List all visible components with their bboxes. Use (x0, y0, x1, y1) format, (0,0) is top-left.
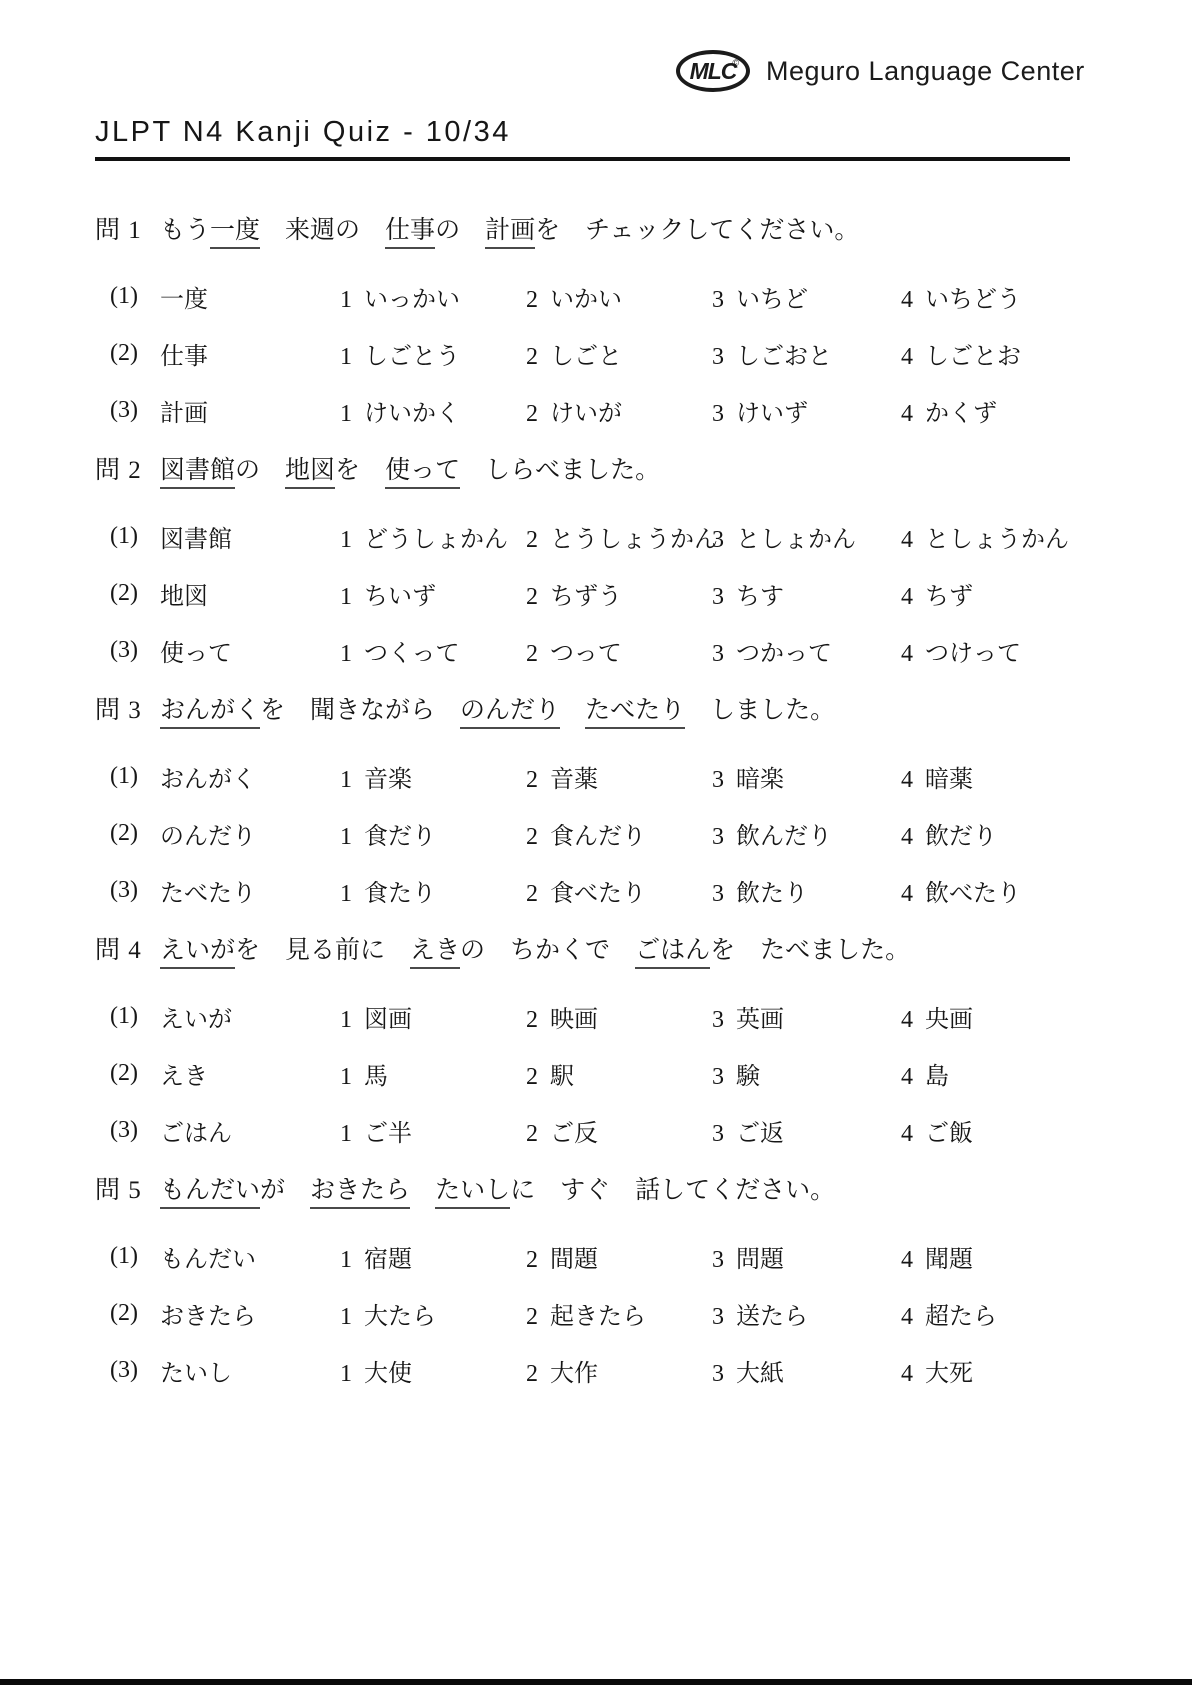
option-text: 図画 (364, 1007, 412, 1033)
item-word: おきたら (160, 1296, 340, 1331)
option-text: ご返 (736, 1121, 784, 1147)
answer-option: 3けいず (712, 393, 901, 428)
option-text: 央画 (925, 1007, 973, 1033)
option-number: 1 (340, 1304, 352, 1330)
question-sentence: 問 3おんがくを 聞きながら のんだり たべたり しました。 (95, 693, 1105, 729)
option-number: 2 (526, 881, 538, 907)
option-text: ちす (736, 584, 784, 610)
sentence-target-word: 計画 (485, 217, 535, 249)
option-text: つくって (364, 641, 460, 667)
answer-option: 1ご半 (340, 1113, 526, 1148)
sentence-target-word: たべたり (585, 697, 685, 729)
question-label: 問 4 (95, 933, 160, 969)
answer-option: 1宿題 (340, 1239, 526, 1274)
option-text: いちど (736, 287, 808, 313)
question-item-row: (3)使って1つくって2つって3つかって4つけって (95, 622, 1105, 679)
option-number: 4 (901, 287, 913, 313)
option-number: 4 (901, 584, 913, 610)
question-item-row: (3)計画1けいかく2けいが3けいず4かくず (95, 382, 1105, 439)
option-text: いかい (550, 287, 622, 313)
option-number: 4 (901, 401, 913, 427)
option-text: 宿題 (364, 1247, 412, 1273)
answer-option: 3飲んだり (712, 816, 901, 851)
option-number: 3 (712, 401, 724, 427)
option-number: 4 (901, 527, 913, 553)
item-number: (2) (110, 1060, 160, 1087)
answer-option: 4央画 (901, 999, 1105, 1034)
item-word: ごはん (160, 1113, 340, 1148)
option-text: 英画 (736, 1007, 784, 1033)
question-item-row: (2)おきたら1大たら2起きたら3送たら4超たら (95, 1285, 1105, 1342)
answer-option: 4飲べたり (901, 873, 1105, 908)
option-text: 映画 (550, 1007, 598, 1033)
sentence-text: を チェックしてください。 (535, 217, 859, 244)
answer-option: 4超たら (901, 1296, 1105, 1331)
option-number: 2 (526, 401, 538, 427)
answer-option: 1どうしょかん (340, 519, 526, 554)
sentence-target-word: 使って (385, 457, 460, 489)
option-number: 2 (526, 287, 538, 313)
answer-option: 1いっかい (340, 279, 526, 314)
option-number: 2 (526, 1361, 538, 1387)
option-text: つって (550, 641, 622, 667)
option-number: 1 (340, 1361, 352, 1387)
org-name: Meguro Language Center (766, 56, 1085, 87)
option-text: 音薬 (550, 767, 598, 793)
answer-option: 4大死 (901, 1353, 1105, 1388)
answer-option: 2食べたり (526, 873, 712, 908)
option-number: 3 (712, 881, 724, 907)
answer-option: 2間題 (526, 1239, 712, 1274)
answer-option: 1図画 (340, 999, 526, 1034)
option-number: 1 (340, 1007, 352, 1033)
item-word: 地図 (160, 576, 340, 611)
answer-option: 4しごとお (901, 336, 1105, 371)
option-number: 2 (526, 1247, 538, 1273)
option-text: 大たら (364, 1304, 436, 1330)
answer-option: 2ちずう (526, 576, 712, 611)
item-word: 一度 (160, 279, 340, 314)
answer-option: 4としょうかん (901, 519, 1105, 554)
option-number: 4 (901, 344, 913, 370)
answer-option: 3送たら (712, 1296, 901, 1331)
page-title: JLPT N4 Kanji Quiz - 10/34 (95, 116, 511, 149)
item-word: たべたり (160, 873, 340, 908)
item-word: えき (160, 1056, 340, 1091)
answer-option: 3つかって (712, 633, 901, 668)
question-sentence: 問 1もう一度 来週の 仕事の 計画を チェックしてください。 (95, 213, 1105, 249)
item-word: えいが (160, 999, 340, 1034)
sentence-target-word: おきたら (310, 1177, 410, 1209)
item-word: 計画 (160, 393, 340, 428)
option-number: 1 (340, 401, 352, 427)
option-text: ちず (925, 584, 973, 610)
option-number: 3 (712, 1007, 724, 1033)
item-number: (1) (110, 763, 160, 790)
sentence-text: しらべました。 (460, 457, 660, 484)
sentence-text: を 聞きながら (260, 697, 460, 724)
answer-option: 4いちどう (901, 279, 1105, 314)
option-number: 2 (526, 1064, 538, 1090)
answer-option: 2けいが (526, 393, 712, 428)
option-text: 島 (925, 1064, 949, 1090)
option-number: 4 (901, 1247, 913, 1273)
option-text: ちずう (550, 584, 622, 610)
option-number: 3 (712, 1064, 724, 1090)
option-text: 暗薬 (925, 767, 973, 793)
item-word: 仕事 (160, 336, 340, 371)
answer-option: 3英画 (712, 999, 901, 1034)
sentence-target-word: おんがく (160, 697, 260, 729)
question-block: 問 5もんだいが おきたら たいしに すぐ 話してください。(1)もんだい1宿題… (95, 1173, 1105, 1399)
question-block: 問 3おんがくを 聞きながら のんだり たべたり しました。(1)おんがく1音楽… (95, 693, 1105, 919)
question-sentence: 問 5もんだいが おきたら たいしに すぐ 話してください。 (95, 1173, 1105, 1209)
answer-option: 1しごとう (340, 336, 526, 371)
option-text: 間題 (550, 1247, 598, 1273)
option-text: どうしょかん (364, 527, 508, 553)
item-word: 図書館 (160, 519, 340, 554)
quiz-body: 問 1もう一度 来週の 仕事の 計画を チェックしてください。(1)一度1いっか… (95, 213, 1105, 1413)
option-number: 1 (340, 527, 352, 553)
item-number: (2) (110, 820, 160, 847)
option-number: 3 (712, 287, 724, 313)
option-number: 4 (901, 1304, 913, 1330)
item-number: (2) (110, 340, 160, 367)
option-number: 4 (901, 824, 913, 850)
option-text: ご飯 (925, 1121, 973, 1147)
option-text: しごとう (364, 344, 460, 370)
option-text: しごとお (925, 344, 1021, 370)
question-item-row: (2)仕事1しごとう2しごと3しごおと4しごとお (95, 325, 1105, 382)
answer-option: 2音薬 (526, 759, 712, 794)
question-label: 問 1 (95, 213, 160, 249)
question-sentence: 問 4えいがを 見る前に えきの ちかくで ごはんを たべました。 (95, 933, 1105, 969)
answer-option: 4島 (901, 1056, 1105, 1091)
option-number: 4 (901, 1064, 913, 1090)
option-number: 2 (526, 767, 538, 793)
option-number: 1 (340, 641, 352, 667)
option-number: 3 (712, 344, 724, 370)
answer-option: 2起きたら (526, 1296, 712, 1331)
question-block: 問 4えいがを 見る前に えきの ちかくで ごはんを たべました。(1)えいが1… (95, 933, 1105, 1159)
question-label: 問 2 (95, 453, 160, 489)
option-text: 聞題 (925, 1247, 973, 1273)
option-number: 1 (340, 287, 352, 313)
answer-option: 1つくって (340, 633, 526, 668)
option-text: 大紙 (736, 1361, 784, 1387)
answer-option: 3しごおと (712, 336, 901, 371)
option-number: 3 (712, 1247, 724, 1273)
option-number: 4 (901, 881, 913, 907)
sentence-text (560, 697, 585, 724)
sentence-text (410, 1177, 435, 1204)
sentence-text: もう (160, 217, 210, 244)
sentence-text: の (235, 457, 285, 484)
answer-option: 4飲だり (901, 816, 1105, 851)
question-sentence: 問 2図書館の 地図を 使って しらべました。 (95, 453, 1105, 489)
option-text: 験 (736, 1064, 760, 1090)
sentence-target-word: 図書館 (160, 457, 235, 489)
answer-option: 3大紙 (712, 1353, 901, 1388)
question-item-row: (3)たいし1大使2大作3大紙4大死 (95, 1342, 1105, 1399)
answer-option: 2いかい (526, 279, 712, 314)
option-text: ちいず (364, 584, 436, 610)
item-number: (1) (110, 523, 160, 550)
sentence-text: に すぐ 話してください。 (510, 1177, 835, 1204)
question-block: 問 2図書館の 地図を 使って しらべました。(1)図書館1どうしょかん2とうし… (95, 453, 1105, 679)
option-text: 食べたり (550, 881, 646, 907)
option-text: 音楽 (364, 767, 412, 793)
answer-option: 3暗楽 (712, 759, 901, 794)
option-text: つかって (736, 641, 832, 667)
question-item-row: (2)地図1ちいず2ちずう3ちす4ちず (95, 565, 1105, 622)
item-number: (3) (110, 1357, 160, 1384)
answer-option: 4ちず (901, 576, 1105, 611)
option-text: 問題 (736, 1247, 784, 1273)
option-number: 3 (712, 1121, 724, 1147)
answer-option: 4暗薬 (901, 759, 1105, 794)
sentence-target-word: えき (410, 937, 460, 969)
answer-option: 2しごと (526, 336, 712, 371)
sentence-target-word: 一度 (210, 217, 260, 249)
option-number: 3 (712, 824, 724, 850)
option-number: 2 (526, 641, 538, 667)
answer-option: 3飲たり (712, 873, 901, 908)
header: MLC © Meguro Language Center (676, 50, 1085, 92)
option-text: 大死 (925, 1361, 973, 1387)
option-number: 3 (712, 1304, 724, 1330)
option-text: けいが (550, 401, 622, 427)
option-text: 暗楽 (736, 767, 784, 793)
page-bottom-bar (0, 1679, 1192, 1685)
option-number: 4 (901, 641, 913, 667)
option-text: 食たり (364, 881, 436, 907)
option-number: 2 (526, 1304, 538, 1330)
question-item-row: (1)図書館1どうしょかん2とうしょうかん3としょかん4としょうかん (95, 508, 1105, 565)
item-number: (3) (110, 397, 160, 424)
option-text: 飲んだり (736, 824, 832, 850)
option-text: 飲たり (736, 881, 808, 907)
sentence-target-word: もんだい (160, 1177, 260, 1209)
question-label: 問 5 (95, 1173, 160, 1209)
item-word: 使って (160, 633, 340, 668)
answer-option: 3験 (712, 1056, 901, 1091)
sentence-target-word: 地図 (285, 457, 335, 489)
sentence-target-word: ごはん (635, 937, 710, 969)
sentence-text: しました。 (685, 697, 835, 724)
question-item-row: (1)えいが1図画2映画3英画4央画 (95, 988, 1105, 1045)
option-text: 大使 (364, 1361, 412, 1387)
option-number: 4 (901, 1361, 913, 1387)
option-text: いっかい (364, 287, 460, 313)
option-number: 2 (526, 824, 538, 850)
option-text: けいず (736, 401, 808, 427)
option-text: 大作 (550, 1361, 598, 1387)
option-number: 3 (712, 641, 724, 667)
answer-option: 3いちど (712, 279, 901, 314)
item-number: (3) (110, 877, 160, 904)
option-number: 3 (712, 584, 724, 610)
option-text: 送たら (736, 1304, 808, 1330)
item-word: たいし (160, 1353, 340, 1388)
sentence-target-word: たいし (435, 1177, 510, 1209)
answer-option: 1食たり (340, 873, 526, 908)
option-number: 2 (526, 1121, 538, 1147)
option-text: 食だり (364, 824, 436, 850)
option-number: 1 (340, 1121, 352, 1147)
sentence-target-word: 仕事 (385, 217, 435, 249)
question-item-row: (1)一度1いっかい2いかい3いちど4いちどう (95, 268, 1105, 325)
answer-option: 1ちいず (340, 576, 526, 611)
answer-option: 2とうしょうかん (526, 519, 712, 554)
item-number: (3) (110, 637, 160, 664)
item-number: (1) (110, 1243, 160, 1270)
option-text: しごおと (736, 344, 832, 370)
option-number: 1 (340, 1064, 352, 1090)
option-text: 起きたら (550, 1304, 646, 1330)
sentence-text: 来週の (260, 217, 385, 244)
option-number: 1 (340, 881, 352, 907)
option-text: かくず (925, 401, 997, 427)
answer-option: 1大使 (340, 1353, 526, 1388)
option-number: 2 (526, 584, 538, 610)
option-number: 1 (340, 344, 352, 370)
option-number: 3 (712, 1361, 724, 1387)
option-text: 駅 (550, 1064, 574, 1090)
sentence-text: の ちかくで (460, 937, 635, 964)
question-item-row: (1)おんがく1音楽2音薬3暗楽4暗薬 (95, 748, 1105, 805)
answer-option: 1けいかく (340, 393, 526, 428)
answer-option: 4聞題 (901, 1239, 1105, 1274)
answer-option: 2つって (526, 633, 712, 668)
question-label: 問 3 (95, 693, 160, 729)
item-number: (2) (110, 1300, 160, 1327)
item-number: (3) (110, 1117, 160, 1144)
option-number: 1 (340, 584, 352, 610)
option-text: けいかく (364, 401, 460, 427)
answer-option: 2ご反 (526, 1113, 712, 1148)
question-item-row: (3)たべたり1食たり2食べたり3飲たり4飲べたり (95, 862, 1105, 919)
answer-option: 2映画 (526, 999, 712, 1034)
logo-text: MLC (690, 58, 737, 85)
question-item-row: (3)ごはん1ご半2ご反3ご返4ご飯 (95, 1102, 1105, 1159)
answer-option: 1大たら (340, 1296, 526, 1331)
option-text: 飲だり (925, 824, 997, 850)
sentence-text: を (335, 457, 385, 484)
answer-option: 3問題 (712, 1239, 901, 1274)
sentence-text: の (435, 217, 485, 244)
option-text: 超たら (925, 1304, 997, 1330)
item-number: (1) (110, 283, 160, 310)
question-item-row: (1)もんだい1宿題2間題3問題4聞題 (95, 1228, 1105, 1285)
answer-option: 1食だり (340, 816, 526, 851)
item-word: のんだり (160, 816, 340, 851)
answer-option: 1馬 (340, 1056, 526, 1091)
option-text: としょうかん (925, 527, 1069, 553)
option-number: 1 (340, 767, 352, 793)
sentence-text: を たべました。 (710, 937, 910, 964)
item-number: (1) (110, 1003, 160, 1030)
option-text: いちどう (925, 287, 1021, 313)
answer-option: 2大作 (526, 1353, 712, 1388)
question-item-row: (2)えき1馬2駅3験4島 (95, 1045, 1105, 1102)
option-text: つけって (925, 641, 1021, 667)
option-number: 2 (526, 344, 538, 370)
question-block: 問 1もう一度 来週の 仕事の 計画を チェックしてください。(1)一度1いっか… (95, 213, 1105, 439)
logo-registered-mark: © (732, 58, 738, 68)
option-number: 2 (526, 527, 538, 553)
title-underline-rule (95, 157, 1070, 161)
option-number: 4 (901, 767, 913, 793)
option-text: ご反 (550, 1121, 598, 1147)
answer-option: 4かくず (901, 393, 1105, 428)
answer-option: 3としょかん (712, 519, 901, 554)
option-number: 4 (901, 1121, 913, 1147)
item-word: もんだい (160, 1239, 340, 1274)
item-number: (2) (110, 580, 160, 607)
option-text: しごと (550, 344, 622, 370)
answer-option: 2食んだり (526, 816, 712, 851)
option-text: 食んだり (550, 824, 646, 850)
option-number: 4 (901, 1007, 913, 1033)
mlc-logo: MLC © (676, 50, 750, 92)
option-text: としょかん (736, 527, 856, 553)
answer-option: 3ご返 (712, 1113, 901, 1148)
answer-option: 2駅 (526, 1056, 712, 1091)
answer-option: 1音楽 (340, 759, 526, 794)
sentence-text: を 見る前に (235, 937, 410, 964)
sentence-target-word: のんだり (460, 697, 560, 729)
option-text: 馬 (364, 1064, 388, 1090)
question-item-row: (2)のんだり1食だり2食んだり3飲んだり4飲だり (95, 805, 1105, 862)
option-number: 3 (712, 767, 724, 793)
option-text: ご半 (364, 1121, 412, 1147)
answer-option: 3ちす (712, 576, 901, 611)
item-word: おんがく (160, 759, 340, 794)
option-number: 1 (340, 824, 352, 850)
answer-option: 4ご飯 (901, 1113, 1105, 1148)
answer-option: 4つけって (901, 633, 1105, 668)
option-number: 2 (526, 1007, 538, 1033)
option-number: 3 (712, 527, 724, 553)
sentence-target-word: えいが (160, 937, 235, 969)
sentence-text: が (260, 1177, 310, 1204)
option-number: 1 (340, 1247, 352, 1273)
option-text: 飲べたり (925, 881, 1021, 907)
option-text: とうしょうかん (550, 527, 718, 553)
